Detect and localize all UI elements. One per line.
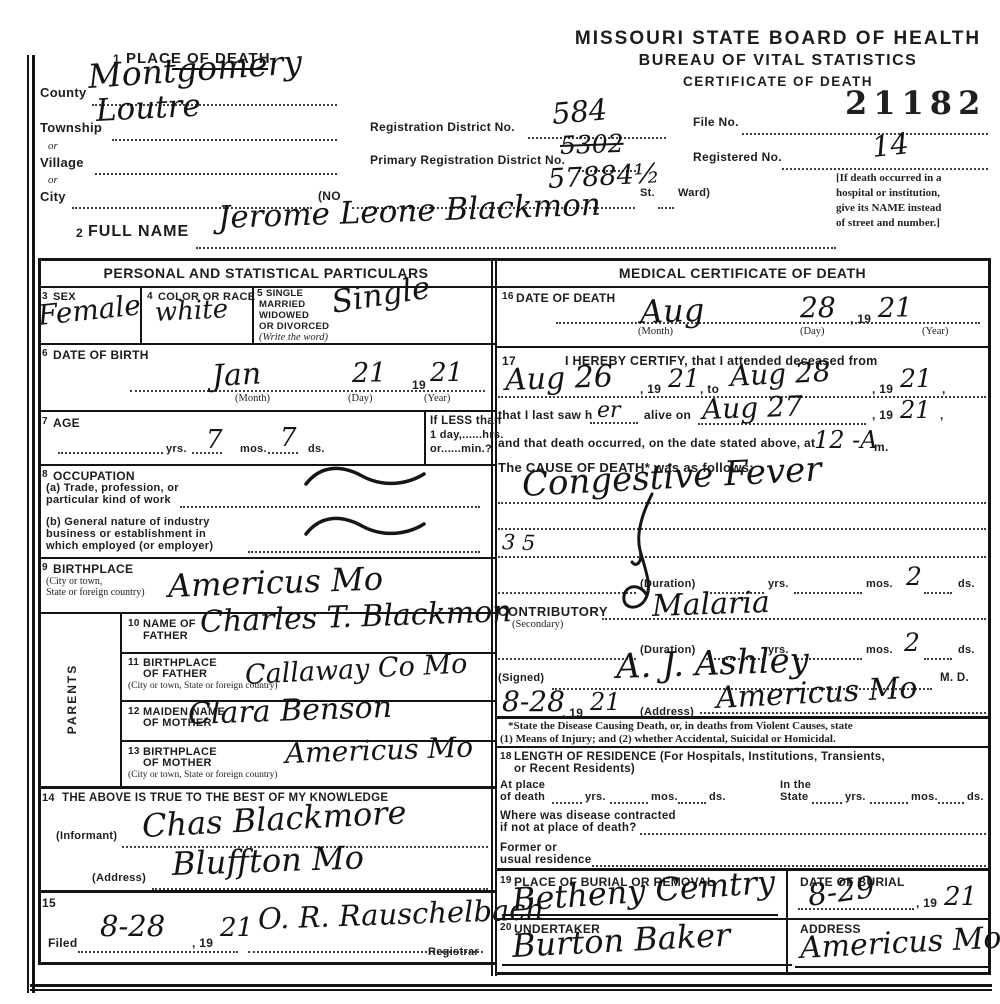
former-residence-line1: Former or [500,842,557,854]
dotted-line [812,802,842,804]
dotted-line [180,506,480,508]
state-yrs: yrs. [845,791,866,803]
burial-year-value: 21 [944,884,977,910]
mother-maiden-value: Clara Benson [187,693,392,730]
county-label: County [40,85,87,100]
at-place-ds: ds. [709,791,726,803]
year-caption: (Year) [424,393,450,404]
city-label: City [40,189,66,204]
truth-number: 14 [42,792,55,804]
mother-birthplace-value: Americus Mo [285,733,474,768]
where-contracted-line2: if not at place of death? [500,822,637,834]
attended-to-value: Aug 28 [729,358,831,391]
filed-number: 15 [42,896,56,910]
signed-year-print: , 19 [562,706,583,720]
file-number-stamp: 21182 [845,84,986,122]
contrib-duration-ds: ds. [958,644,975,656]
father-birthplace-label2: OF FATHER [143,668,207,680]
father-birthplace-number: 11 [128,657,139,668]
less-than-line2: 1 day,......hrs. [430,429,504,441]
signed-date-value: 8-28 [502,688,565,716]
township-label: Township [40,120,102,135]
rule [497,972,989,975]
rule [497,746,989,748]
handwritten-underline [795,966,990,968]
last-saw-text2: alive on [644,408,691,422]
birthplace-caption1: (City or town, [46,576,102,587]
cause-duration-yrs: yrs. [768,578,789,590]
secondary-caption: (Secondary) [512,619,563,630]
last-saw-text1: that I last saw h [498,408,592,422]
in-the-label: In the [780,779,811,791]
to-year-value: 21 [900,366,932,391]
marital-hint: (Write the word) [259,332,328,343]
informant-label: (Informant) [56,830,117,842]
informant-address-value: Bluffton Mo [171,841,364,880]
full-name-number: 2 [76,226,83,240]
day-caption: (Day) [800,326,825,337]
contributory-label: CONTRIBUTORY [498,604,608,619]
dod-day-value: 28 [800,294,836,322]
occupation-b-line2: business or establishment in [46,528,206,540]
dotted-line [196,247,836,249]
death-time-value: 12 -A [814,428,878,452]
dotted-line [95,173,337,175]
hospital-note-line4: of street and number.] [836,217,940,229]
burial-year-print: , 19 [916,896,937,910]
rule [497,286,989,288]
last-saw-fill: er [597,400,621,422]
state-ds: ds. [967,791,984,803]
to-year-print: , 19 [872,382,893,396]
registered-no-label: Registered No. [693,150,782,164]
father-name-value: Charles T. Blackmon [199,597,512,638]
mother-maiden-number: 12 [128,706,140,717]
signed-year-value: 21 [590,690,621,714]
mother-birthplace-caption: (City or town, State or foreign country) [128,770,278,780]
month-caption: (Month) [235,393,270,404]
dod-month-value: Aug [639,294,704,328]
filed-year-print: , 19 [192,936,213,950]
undertaker-address-value: Americus Mo [799,923,1000,964]
dotted-line [112,139,337,141]
comma: , [942,382,946,396]
township-value: Loutre [95,91,201,127]
full-name-value: Jerome Leone Blackmon [217,190,601,234]
race-number: 4 [147,291,153,302]
dotted-line [640,833,986,835]
dotted-line [552,802,582,804]
or-label: or [48,140,58,152]
registrar-label: Registrar [428,946,479,958]
dob-year-value: 21 [430,360,463,386]
dob-number: 6 [42,348,48,359]
rule [38,557,495,559]
dod-year-value: 21 [878,295,912,322]
age-number: 7 [42,416,48,427]
primary-registration-value: 5302 [560,131,624,158]
age-label: AGE [53,416,80,430]
masthead-title: MISSOURI STATE BOARD OF HEALTH [566,28,990,50]
dotted-line [924,658,952,660]
registration-district-label: Registration District No. [370,120,515,134]
sex-value: Female [37,291,143,330]
cell-divider [424,410,426,466]
state-label: State [780,791,808,803]
dob-label: DATE OF BIRTH [53,348,149,362]
less-than-line1: If LESS than [430,415,501,427]
rule [497,346,989,348]
signed-address-value: Americus Mo [715,673,918,714]
occupation-a-line2: particular kind of work [46,494,171,506]
file-no-label: File No. [693,115,739,129]
comma: , [940,408,944,422]
age-months-value: 7 [206,427,223,453]
body-top-rule [38,258,990,261]
contrib-duration-days-value: 2 [904,630,920,655]
rule [38,890,495,893]
rule [38,962,495,965]
right-column-title: MEDICAL CERTIFICATE OF DEATH [497,265,988,281]
ward-label: Ward) [678,187,710,199]
page-bottom-rule-2 [30,989,992,991]
parents-vertical-label: PARENTS [65,649,79,749]
dotted-line [248,551,480,553]
pen-flourish [606,492,676,617]
at-place-yrs: yrs. [585,791,606,803]
contrib-duration-mos: mos. [866,644,893,656]
dotted-line [658,207,674,209]
race-value: white [154,296,228,326]
dotted-line [498,556,986,558]
where-contracted-line1: Where was disease contracted [500,810,676,822]
page-bottom-rule [30,984,992,987]
marital-line1: SINGLE [266,288,303,299]
alive-year-value: 21 [900,398,931,422]
burial-date-value: 8-29 [806,873,877,912]
margin-scrawl: 3 5 [502,532,536,554]
page-left-border [27,55,29,993]
dotted-line [794,592,862,594]
signed-address-label: (Address) [640,706,694,718]
marital-line3: WIDOWED [259,310,309,321]
footnote-line2: (1) Means of Injury; and (2) whether Acc… [500,733,836,745]
marital-line2: MARRIED [259,299,305,310]
occupation-b-line3: which employed (or employer) [46,540,213,552]
dod-label: DATE OF DEATH [516,291,615,305]
cause-duration-days-value: 2 [906,564,922,589]
birthplace-number: 9 [42,562,48,573]
residence-label-line2: or Recent Residents) [514,763,635,775]
dob-month-value: Jan [211,359,262,392]
residence-label-line1: LENGTH OF RESIDENCE (For Hospitals, Inst… [514,751,885,763]
from-year-value: 21 [668,366,700,391]
birthplace-caption2: State or foreign country) [46,587,145,598]
cause-duration-mos: mos. [866,578,893,590]
dotted-line [678,802,706,804]
filed-date-value: 8-28 [100,912,165,941]
death-occurred-text: and that death occurred, on the date sta… [498,436,815,450]
death-certificate-scan: MISSOURI STATE BOARD OF HEALTH BUREAU OF… [0,0,1000,1004]
dotted-line [556,322,980,324]
occupation-number: 8 [42,469,48,480]
page-left-border-inner [32,55,35,993]
year-caption: (Year) [922,326,948,337]
undertaker-value: Burton Baker [511,919,731,962]
dotted-line [58,452,163,454]
marital-line4: OR DIVORCED [259,321,329,332]
occupation-b-line1: (b) General nature of industry [46,516,210,528]
burial-place-value: Betheny Cemtry [511,866,776,916]
mother-birthplace-number: 13 [128,746,140,757]
dod-year-print: , 19 [850,312,871,326]
handwritten-underline [502,964,792,966]
registration-district-value: 584 [551,95,609,129]
dotted-line [592,865,986,867]
state-mos: mos. [911,791,938,803]
dotted-line [78,951,238,953]
age-days-value: 7 [280,425,297,451]
mother-birthplace-label2: OF MOTHER [143,757,212,769]
age-ds-label: ds. [308,443,325,455]
from-year-print: , 19 [640,382,661,396]
father-birthplace-value: Callaway Co Mo [244,650,468,689]
md-label: M. D. [940,672,969,684]
dotted-line [610,802,648,804]
occupation-a-blank-mark [300,462,430,492]
at-place-mos: mos. [651,791,678,803]
age-mos-label: mos. [240,443,267,455]
occupation-label: OCCUPATION [53,469,135,483]
residence-number: 18 [500,751,512,762]
footnote-line1: *State the Disease Causing Death, or, in… [508,720,853,732]
dotted-line [742,133,988,135]
informant-address-label: (Address) [92,872,146,884]
less-than-line3: or......min.? [430,443,492,455]
marital-number: 5 [257,288,263,299]
day-caption: (Day) [348,393,373,404]
registered-no-value: 14 [870,129,910,162]
dotted-line [938,802,964,804]
primary-registration-label: Primary Registration District No. [370,153,565,167]
age-yrs-label: yrs. [166,443,187,455]
filed-label: Filed [48,936,78,950]
at-place-line1: At place [500,779,545,791]
dod-number: 16 [502,291,514,302]
cell-divider [786,868,788,972]
dotted-line [782,168,988,170]
or-label: or [48,174,58,186]
attended-from-value: Aug 26 [504,362,613,396]
dotted-line [924,592,952,594]
alive-date-value: Aug 27 [702,392,804,423]
father-name-label2: FATHER [143,630,188,642]
dotted-line [130,390,485,392]
dob-year-print: 19 [412,378,426,392]
rule [38,343,495,345]
birthplace-value: Americus Mo [167,563,383,602]
village-label: Village [40,155,84,170]
filed-year-value: 21 [220,915,253,941]
masthead-subtitle: BUREAU OF VITAL STATISTICS [566,52,990,70]
former-residence-line2: usual residence [500,854,591,866]
dotted-line [498,528,986,530]
birthplace-label: BIRTHPLACE [53,562,133,576]
occupation-a-line1: (a) Trade, profession, or [46,482,179,494]
hospital-note-line1: [If death occurred in a [836,172,942,184]
full-name-label: FULL NAME [88,223,189,241]
cause-duration-ds: ds. [958,578,975,590]
rule [38,786,495,789]
hospital-note-line3: give its NAME instead [836,202,941,214]
at-place-line2: of death [500,791,545,803]
hospital-note-line2: hospital or institution, [836,187,940,199]
alive-year-print: , 19 [872,408,893,422]
signed-label: (Signed) [498,672,544,684]
dob-day-value: 21 [352,360,386,387]
rule [38,410,495,412]
rule [497,918,989,920]
father-name-label1: NAME OF [143,618,196,630]
occupation-b-blank-mark [300,512,430,542]
father-name-number: 10 [128,618,140,629]
dotted-line [870,802,908,804]
